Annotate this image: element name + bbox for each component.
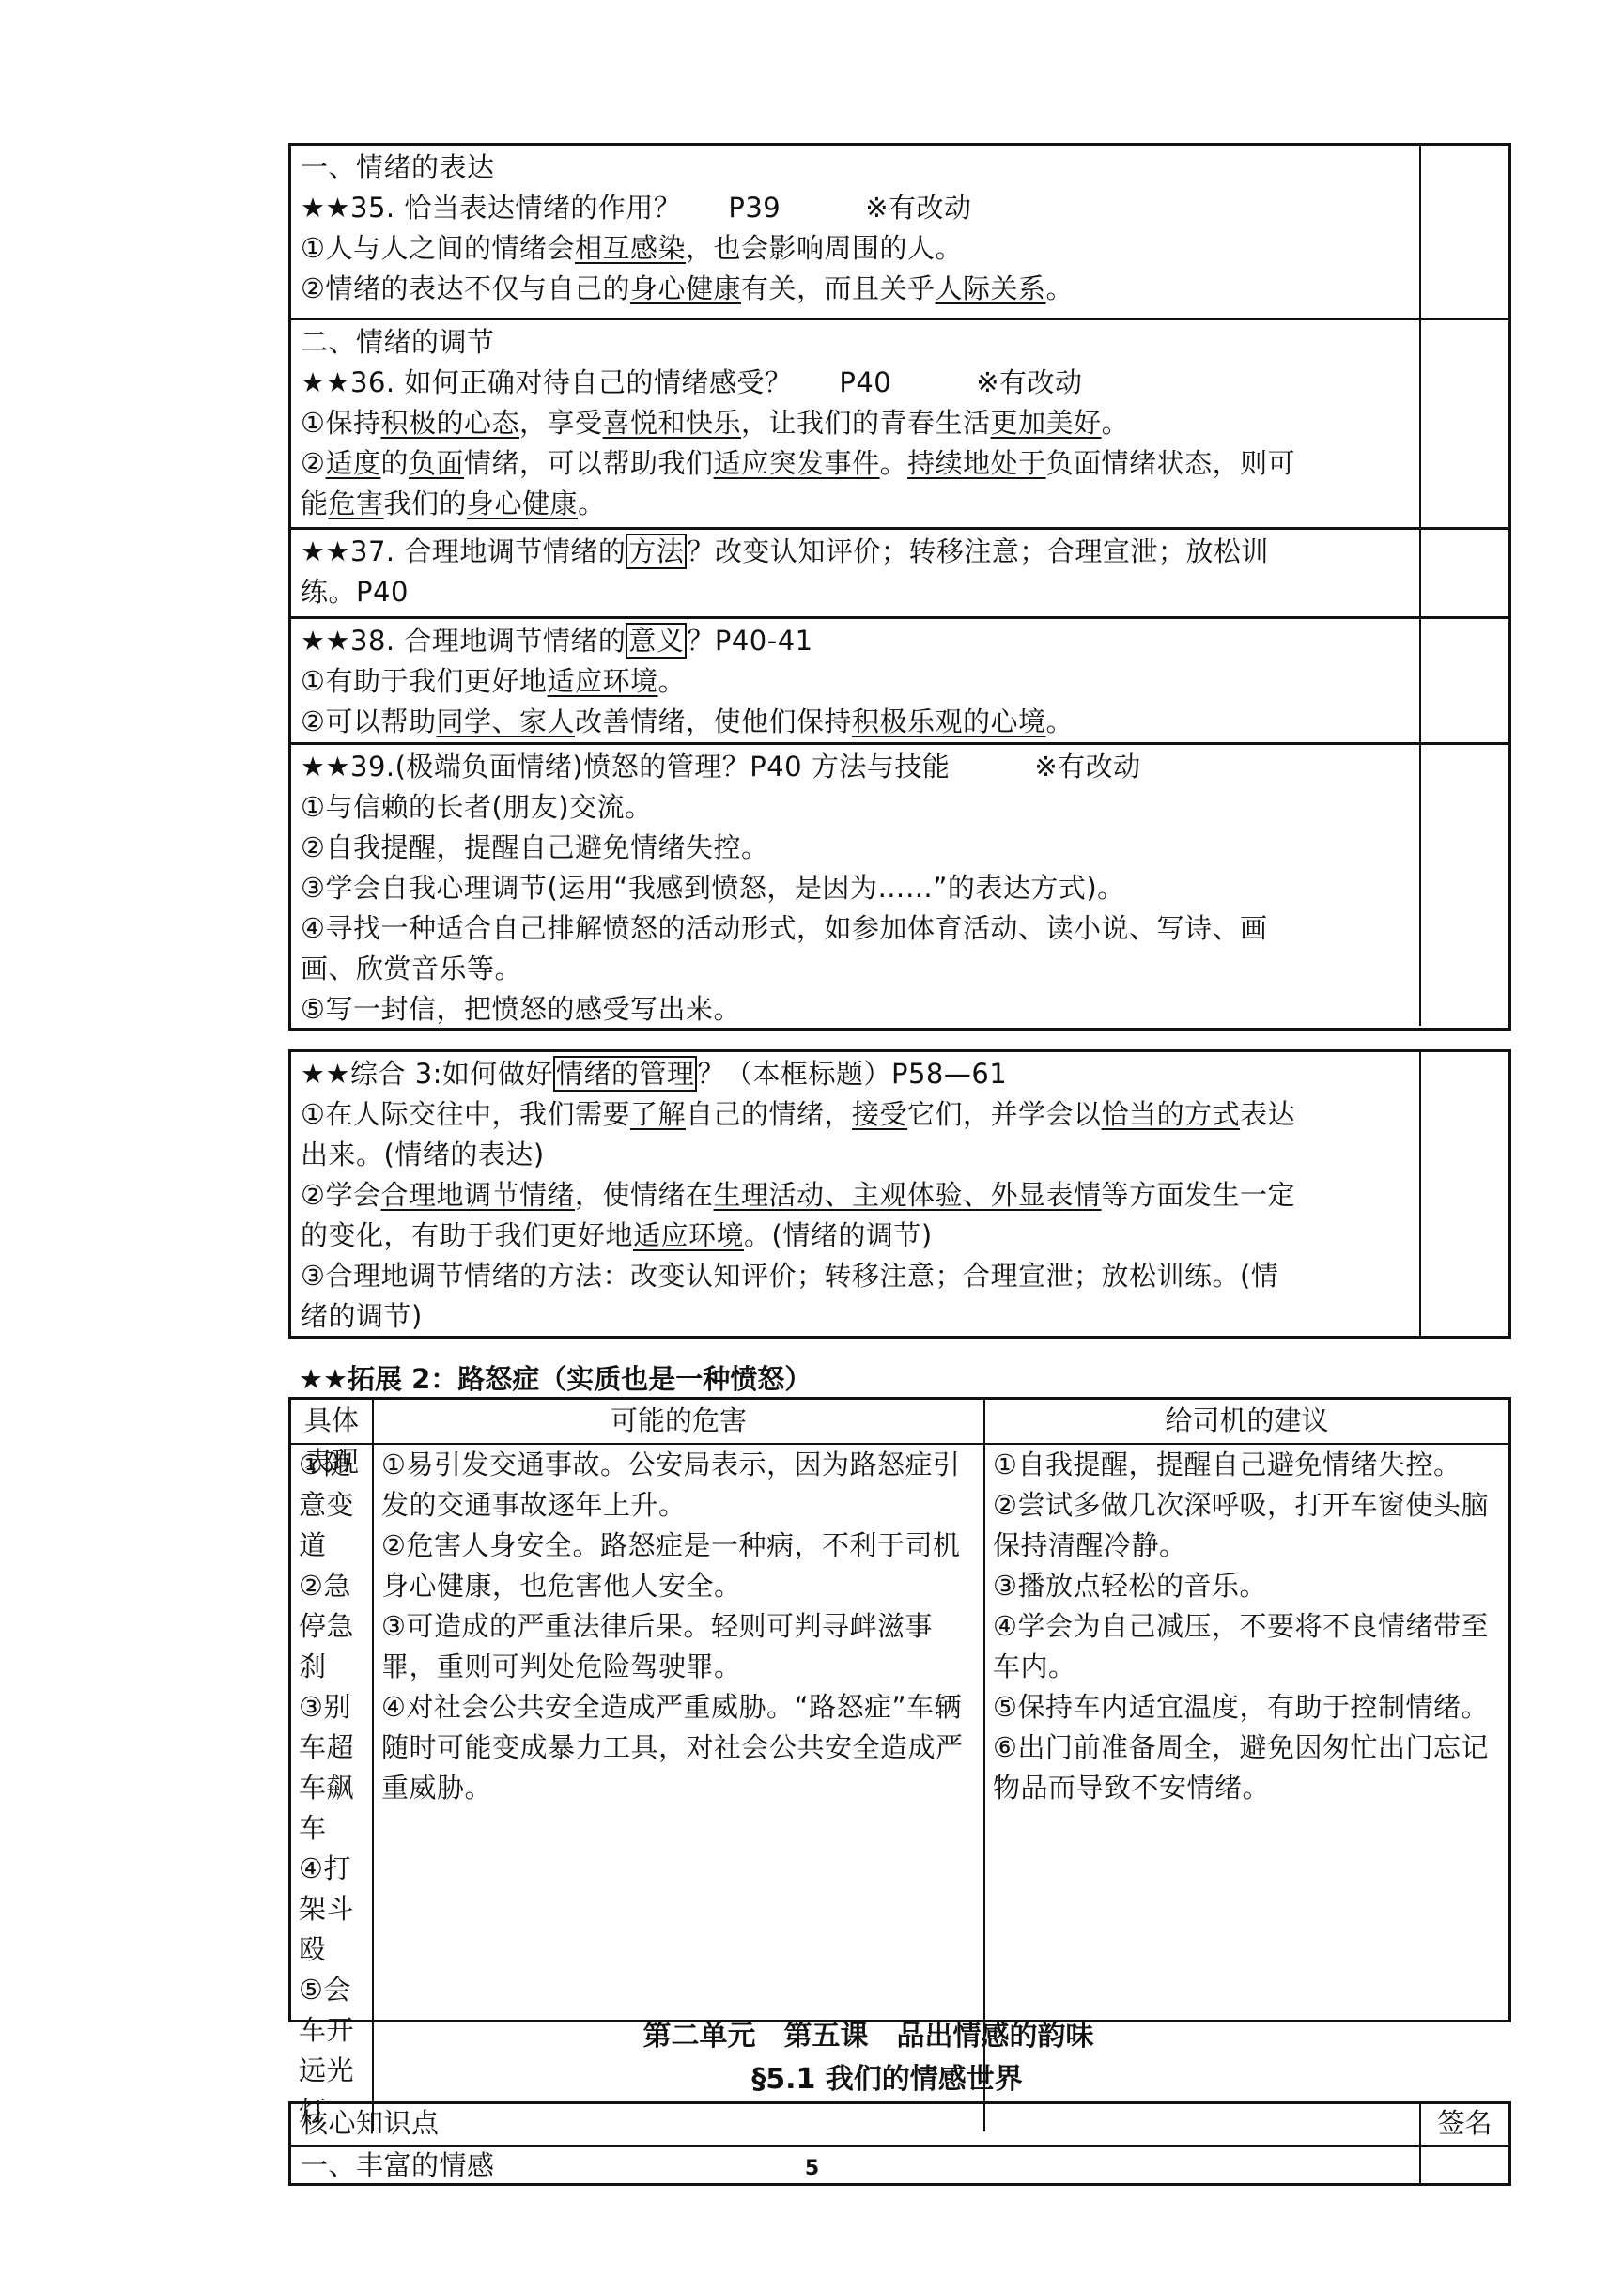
- answer-line: 练。P40: [301, 572, 1410, 612]
- column-header-signature: 签名: [1419, 2104, 1508, 2145]
- header-cell: 核心知识点: [291, 2104, 1419, 2145]
- signature-cell[interactable]: [1419, 1052, 1508, 1336]
- question-line: ★★37. 合理地调节情绪的方法？改变认知评价；转移注意；合理宣泄；放松训: [301, 532, 1410, 572]
- boxed-keyword: 情绪的管理: [553, 1056, 698, 1092]
- answer-line: 能危害我们的身心健康。: [301, 484, 1410, 524]
- page-number: 5: [0, 2157, 1624, 2180]
- answer-line: ③合理地调节情绪的方法：改变认知评价；转移注意；合理宣泄；放松训练。(情: [301, 1256, 1410, 1296]
- column-header-advice: 给司机的建议: [983, 1400, 1508, 1443]
- question-line: ★★38. 合理地调节情绪的意义？P40-41: [301, 621, 1410, 661]
- answer-line: ⑤写一封信，把愤怒的感受写出来。: [301, 989, 1410, 1030]
- question-line: ★★39.(极端负面情绪)愤怒的管理？P40 方法与技能※有改动: [301, 747, 1410, 787]
- answer-line: 绪的调节): [301, 1296, 1410, 1337]
- knowledge-cell: ★★39.(极端负面情绪)愤怒的管理？P40 方法与技能※有改动 ①与信赖的长者…: [291, 745, 1419, 1026]
- list-item: ②急停急刹: [299, 1566, 364, 1687]
- answer-line: 画、欣赏音乐等。: [301, 949, 1410, 989]
- knowledge-cell: 二、情绪的调节 ★★36. 如何正确对待自己的情绪感受？P40※有改动 ①保持积…: [291, 320, 1419, 527]
- answer-line: ①在人际交往中，我们需要了解自己的情绪，接受它们，并学会以恰当的方式表达: [301, 1094, 1410, 1135]
- table-header-row: 核心知识点 签名: [291, 2104, 1508, 2145]
- knowledge-cell: ★★37. 合理地调节情绪的方法？改变认知评价；转移注意；合理宣泄；放松训 练。…: [291, 530, 1419, 616]
- signature-cell[interactable]: [1419, 619, 1508, 742]
- list-item: ②尝试多做几次深呼吸，打开车窗使头脑保持清醒冷静。: [993, 1485, 1501, 1566]
- answer-line: ②适度的负面情绪，可以帮助我们适应突发事件。持续地处于负面情绪状态，则可: [301, 443, 1410, 484]
- extension-heading: ★★拓展 2：路怒症（实质也是一种愤怒）: [299, 1360, 812, 1398]
- list-item: ③播放点轻松的音乐。: [993, 1566, 1501, 1606]
- table-row: ★★38. 合理地调节情绪的意义？P40-41 ①有助于我们更好地适应环境。 ②…: [291, 616, 1508, 742]
- list-item: ①易引发交通事故。公安局表示，因为路怒症引发的交通事故逐年上升。: [381, 1445, 976, 1526]
- table-row: 一、情绪的表达 ★★35. 恰当表达情绪的作用？P39※有改动 ①人与人之间的情…: [291, 146, 1508, 318]
- answer-line: ②可以帮助同学、家人改善情绪，使他们保持积极乐观的心境。: [301, 702, 1410, 742]
- list-item: ④打架斗殴: [299, 1849, 364, 1970]
- answer-line: ①保持积极的心态，享受喜悦和快乐，让我们的青春生活更加美好。: [301, 403, 1410, 443]
- answer-line: ②自我提醒，提醒自己避免情绪失控。: [301, 828, 1410, 868]
- answer-line: 的变化，有助于我们更好地适应环境。(情绪的调节): [301, 1216, 1410, 1256]
- list-item: ⑤保持车内适宜温度，有助于控制情绪。: [993, 1687, 1501, 1728]
- column-header-symptoms: 具体表现: [291, 1400, 372, 1443]
- signature-cell[interactable]: [1419, 530, 1508, 616]
- road-rage-table: 具体表现 可能的危害 给司机的建议 ①随意变道 ②急停急刹 ③别车超车飙车 ④打…: [288, 1397, 1511, 2022]
- knowledge-cell: 一、情绪的表达 ★★35. 恰当表达情绪的作用？P39※有改动 ①人与人之间的情…: [291, 146, 1419, 318]
- answer-line: ①与信赖的长者(朋友)交流。: [301, 787, 1410, 828]
- boxed-keyword: 方法: [626, 534, 687, 569]
- question-line: ★★35. 恰当表达情绪的作用？P39※有改动: [301, 188, 1410, 228]
- list-item: ①自我提醒，提醒自己避免情绪失控。: [993, 1445, 1501, 1485]
- signature-cell[interactable]: [1419, 745, 1508, 1026]
- answer-line: 出来。(情绪的表达): [301, 1135, 1410, 1175]
- question-line: ★★36. 如何正确对待自己的情绪感受？P40※有改动: [301, 363, 1410, 403]
- list-item: ③别车超车飙车: [299, 1687, 364, 1849]
- knowledge-cell: ★★38. 合理地调节情绪的意义？P40-41 ①有助于我们更好地适应环境。 ②…: [291, 619, 1419, 742]
- answer-line: ①有助于我们更好地适应环境。: [301, 661, 1410, 702]
- question-line: ★★综合 3:如何做好情绪的管理？（本框标题）P58—61: [301, 1054, 1410, 1094]
- section-heading: 一、情绪的表达: [301, 147, 1410, 188]
- summary-table-emotion-management: ★★综合 3:如何做好情绪的管理？（本框标题）P58—61 ①在人际交往中，我们…: [288, 1049, 1511, 1339]
- list-item: ④学会为自己减压，不要将不良情绪带至车内。: [993, 1606, 1501, 1687]
- list-item: ⑥出门前准备周全，避免因匆忙出门忘记物品而导致不安情绪。: [993, 1728, 1501, 1808]
- table-row: ★★39.(极端负面情绪)愤怒的管理？P40 方法与技能※有改动 ①与信赖的长者…: [291, 742, 1508, 1026]
- answer-line: ①人与人之间的情绪会相互感染，也会影响周围的人。: [301, 228, 1410, 269]
- knowledge-cell: ★★综合 3:如何做好情绪的管理？（本框标题）P58—61 ①在人际交往中，我们…: [291, 1052, 1419, 1336]
- column-header-knowledge: 核心知识点: [301, 2104, 1410, 2142]
- signature-cell[interactable]: [1419, 146, 1508, 318]
- column-header-harms: 可能的危害: [372, 1400, 983, 1443]
- list-item: ③可造成的严重法律后果。轻则可判寻衅滋事罪，重则可判处危险驾驶罪。: [381, 1606, 976, 1687]
- section-title: §5.1 我们的情感世界: [0, 2061, 1624, 2099]
- unit-title: 第二单元 第五课 品出情感的韵味: [0, 2018, 1624, 2055]
- list-item: ①随意变道: [299, 1445, 364, 1566]
- answer-line: ④寻找一种适合自己排解愤怒的活动形式，如参加体育活动、读小说、写诗、画: [301, 908, 1410, 949]
- list-item: ④对社会公共安全造成严重威胁。“路怒症”车辆随时可能变成暴力工具，对社会公共安全…: [381, 1687, 976, 1808]
- table-row: 二、情绪的调节 ★★36. 如何正确对待自己的情绪感受？P40※有改动 ①保持积…: [291, 318, 1508, 527]
- answer-line: ③学会自我心理调节(运用“我感到愤怒，是因为……”的表达方式)。: [301, 868, 1410, 908]
- boxed-keyword: 意义: [626, 623, 687, 659]
- list-item: ②危害人身安全。路怒症是一种病，不利于司机身心健康，也危害他人安全。: [381, 1526, 976, 1606]
- table-row: ★★37. 合理地调节情绪的方法？改变认知评价；转移注意；合理宣泄；放松训 练。…: [291, 527, 1508, 616]
- signature-cell[interactable]: [1419, 320, 1508, 527]
- table-row: ★★综合 3:如何做好情绪的管理？（本框标题）P58—61 ①在人际交往中，我们…: [291, 1052, 1508, 1336]
- knowledge-table-emotions: 一、情绪的表达 ★★35. 恰当表达情绪的作用？P39※有改动 ①人与人之间的情…: [288, 143, 1511, 1031]
- answer-line: ②学会合理地调节情绪，使情绪在生理活动、主观体验、外显表情等方面发生一定: [301, 1175, 1410, 1216]
- section-heading: 二、情绪的调节: [301, 322, 1410, 363]
- answer-line: ②情绪的表达不仅与自己的身心健康有关，而且关乎人际关系。: [301, 269, 1410, 309]
